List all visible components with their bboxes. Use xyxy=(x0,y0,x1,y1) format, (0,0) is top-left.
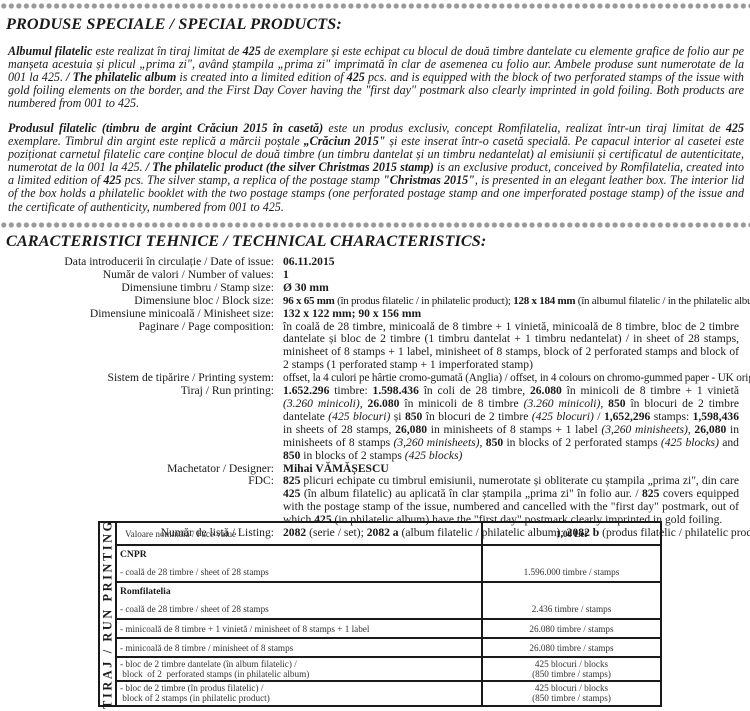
table-row: - minicoală de 8 timbre + 1 vinietă / mi… xyxy=(117,620,660,639)
album-paragraph: Albumul filatelic este realizat în tiraj… xyxy=(8,45,744,110)
block-size-note: (în albumul filatelic / in the philateli… xyxy=(575,295,750,307)
spec-value: Ø 30 mm xyxy=(283,282,739,295)
spec-value: în coală de 28 timbre, minicoală de 8 ti… xyxy=(283,321,739,373)
text-fragment: și xyxy=(390,410,405,423)
run-printing-table: TIRAJ / RUN PRINTING Valoare nominală / … xyxy=(98,521,662,707)
group-desc: - coală de 28 timbre / sheet of 28 stamp… xyxy=(120,567,269,577)
table-row: - bloc de 2 timbre dantelate (în album f… xyxy=(117,658,660,682)
text-fragment: and xyxy=(719,436,739,449)
spec-label: Dimensiune minicoală / Minisheet size: xyxy=(0,308,283,321)
text-fragment: 425 blocuri / blocks xyxy=(483,659,660,669)
row-description: - minicoală de 8 timbre + 1 vinietă / mi… xyxy=(117,620,483,637)
album-count: 425 xyxy=(243,44,261,58)
row-quantity: 425 blocuri / blocks(850 timbre / stamps… xyxy=(483,658,660,680)
table-row-face-value: Valoare nominală / Face value 1,00 Lei xyxy=(117,523,660,546)
stamp-size-value: Ø 30 mm xyxy=(283,281,329,294)
album-text: is created into a limited edition of xyxy=(176,70,346,84)
spec-label: FDC: xyxy=(0,475,283,527)
album-count: 425 xyxy=(347,70,365,84)
text-fragment: 825 xyxy=(642,487,659,500)
text-fragment: 1,598,436 xyxy=(693,410,739,423)
text-fragment: 850 xyxy=(405,410,422,423)
dotted-divider-top xyxy=(0,2,750,10)
group-qty: 2.436 timbre / stamps xyxy=(483,604,660,614)
silver-text: pcs. The silver stamp, a replica of the … xyxy=(121,173,383,187)
row-qty-text: 425 blocuri / blocks(850 timbre / stamps… xyxy=(483,659,660,679)
block-size-value: 96 x 65 mm xyxy=(283,295,335,307)
text-fragment: - bloc de 2 timbre (în produs filatelic)… xyxy=(120,683,270,693)
text-fragment: in blocks of 2 stamps xyxy=(300,449,404,462)
dotted-divider-middle xyxy=(0,221,750,229)
spec-label: Dimensiune timbru / Stamp size: xyxy=(0,282,283,295)
silver-count: 425 xyxy=(726,121,744,135)
block-size-value: 128 x 184 mm xyxy=(513,295,575,307)
text-fragment: (425 blocks) xyxy=(405,449,463,462)
block-size-note: (în produs filatelic / in philatelic pro… xyxy=(335,295,514,307)
text-fragment: 425 blocuri / blocks xyxy=(483,683,660,693)
text-fragment: 850 xyxy=(486,436,503,449)
spec-label: Data introducerii în circulație / Date o… xyxy=(0,256,283,269)
text-fragment: - bloc de 2 timbre dantelate (în album f… xyxy=(120,659,309,669)
spec-label: Tiraj / Run printing: xyxy=(0,385,283,462)
silver-stamp-name: „Crăciun 2015" xyxy=(304,134,386,148)
text-fragment: in sheets of 28 stamps, xyxy=(283,423,395,436)
technical-heading: CARACTERISTICI TEHNICE / TECHNICAL CHARA… xyxy=(6,232,486,251)
spec-label: Paginare / Page composition: xyxy=(0,321,283,373)
row-desc-text: - bloc de 2 timbre dantelate (în album f… xyxy=(120,659,309,679)
text-fragment: timbre: xyxy=(329,384,372,397)
text-fragment: (3,260 minisheets), xyxy=(393,436,482,449)
spec-value: 06.11.2015 xyxy=(283,256,739,269)
text-fragment: 26,080 xyxy=(395,423,427,436)
text-fragment: stamps: xyxy=(650,410,692,423)
spec-stamp-size: Dimensiune timbru / Stamp size: Ø 30 mm xyxy=(0,282,750,295)
spec-date: Data introducerii în circulație / Date o… xyxy=(0,256,750,269)
face-value: 1,00 Lei xyxy=(483,529,660,539)
row-description: Romfilatelia- coală de 28 timbre / sheet… xyxy=(117,583,483,618)
text-fragment: 850 xyxy=(608,397,625,410)
text-fragment: în coli de 28 timbre, xyxy=(419,384,530,397)
designer-name: Mihai VĂMĂȘESCU xyxy=(283,462,389,475)
text-fragment: 825 xyxy=(283,474,300,487)
text-fragment: 26.080 xyxy=(530,384,562,397)
text-fragment: plicuri echipate cu timbrul emisiunii, n… xyxy=(300,474,739,487)
group-qty: 1.596.000 timbre / stamps xyxy=(483,567,660,577)
table-row-romfilatelia: Romfilatelia- coală de 28 timbre / sheet… xyxy=(117,583,660,620)
text-fragment: 425 xyxy=(283,487,300,500)
spec-run-printing: Tiraj / Run printing: 1.652.296 timbre: … xyxy=(0,385,750,462)
row-description: - bloc de 2 timbre (în produs filatelic)… xyxy=(117,682,483,705)
spec-label: Dimensiune bloc / Block size: xyxy=(0,295,283,308)
spec-label: Număr de valori / Number of values: xyxy=(0,269,283,282)
run-rows: Valoare nominală / Face value 1,00 Lei C… xyxy=(117,523,660,705)
row-qty-text: 425 blocuri / blocks(850 timbre / stamps… xyxy=(483,683,660,703)
text-fragment: 26.080 xyxy=(368,397,400,410)
text-fragment: (850 timbre / stamps) xyxy=(483,693,660,703)
group-desc: - coală de 28 timbre / sheet of 28 stamp… xyxy=(120,604,269,614)
table-row: - bloc de 2 timbre (în produs filatelic)… xyxy=(117,682,660,705)
row-qty-text: 26.080 timbre / stamps xyxy=(483,643,660,653)
values-value: 1 xyxy=(283,268,289,281)
text-fragment: block of 2 stamps (in philatelic product… xyxy=(120,693,270,703)
row-quantity: 1.596.000 timbre / stamps xyxy=(483,546,660,581)
text-fragment: (3,260 minisheets) xyxy=(601,423,687,436)
minisheet-size-value: 132 x 122 mm; 90 x 156 mm xyxy=(283,307,421,320)
row-quantity: 2.436 timbre / stamps xyxy=(483,583,660,618)
table-row: - minicoală de 8 timbre / minisheet of 8… xyxy=(117,639,660,658)
row-desc-text: - minicoală de 8 timbre + 1 vinietă / mi… xyxy=(120,624,369,634)
silver-text: exemplare. Timbrul din argint este repli… xyxy=(8,134,304,148)
text-fragment: (3.260 minicoli), xyxy=(524,397,604,410)
text-fragment: 1.652.296 xyxy=(283,384,329,397)
row-description: - bloc de 2 timbre dantelate (în album f… xyxy=(117,658,483,680)
text-fragment: 1,652,296 xyxy=(604,410,650,423)
silver-count: 425 xyxy=(103,173,121,187)
text-fragment: block of 2 perforated stamps (in philate… xyxy=(120,669,309,679)
text-fragment: în minicoli de 8 timbre + 1 vinietă xyxy=(562,384,739,397)
silver-stamp-name: "Christmas 2015" xyxy=(383,173,475,187)
silver-stamp-paragraph: Produsul filatelic (timbru de argint Cră… xyxy=(8,122,744,214)
run-printing-side-label: TIRAJ / RUN PRINTING xyxy=(100,523,117,705)
text-fragment: în minicoli de 8 timbre xyxy=(399,397,523,410)
text-fragment: in blocks of 2 perforated stamps xyxy=(503,436,661,449)
text-fragment: (3.260 minicoli), xyxy=(283,397,363,410)
side-label-text: TIRAJ / RUN PRINTING xyxy=(100,519,115,709)
special-products-heading: PRODUSE SPECIALE / SPECIAL PRODUCTS: xyxy=(6,15,342,34)
spec-value: 1 xyxy=(283,269,739,282)
group-name: CNPR xyxy=(120,550,147,560)
text-fragment: în blocuri de 2 timbre xyxy=(422,410,531,423)
row-desc-text: - minicoală de 8 timbre / minisheet of 8… xyxy=(120,643,293,653)
spec-value: 825 plicuri echipate cu timbrul emisiuni… xyxy=(283,475,739,527)
text-fragment: 850 xyxy=(283,449,300,462)
spec-values: Număr de valori / Number of values: 1 xyxy=(0,269,750,282)
face-value-label: Valoare nominală / Face value xyxy=(125,529,236,539)
text-fragment: (425 blocks) xyxy=(661,436,719,449)
silver-title-en: The philatelic product (the silver Chris… xyxy=(152,160,433,174)
text-fragment: (850 timbre / stamps) xyxy=(483,669,660,679)
text-fragment: 1.598.436 xyxy=(373,384,419,397)
text-fragment: (425 blocuri) xyxy=(328,410,390,423)
text-fragment: 26,080 xyxy=(694,423,726,436)
row-quantity: 26.080 timbre / stamps xyxy=(483,639,660,656)
row-qty-text: 26.080 timbre / stamps xyxy=(483,624,660,634)
spec-minisheet-size: Dimensiune minicoală / Minisheet size: 1… xyxy=(0,308,750,321)
row-quantity: 1,00 Lei xyxy=(483,523,660,544)
text-fragment: (în album filatelic) au aplicată în clar… xyxy=(300,487,642,500)
text-fragment: / xyxy=(594,410,604,423)
date-value: 06.11.2015 xyxy=(283,255,335,268)
row-description: Valoare nominală / Face value xyxy=(117,523,483,544)
album-title-ro: Albumul filatelic xyxy=(8,44,92,58)
spec-label: Machetator / Designer: xyxy=(0,463,283,476)
table-row-cnpr: CNPR- coală de 28 timbre / sheet of 28 s… xyxy=(117,546,660,583)
album-text: este realizat în tiraj limitat de xyxy=(92,44,242,58)
technical-specs: Data introducerii în circulație / Date o… xyxy=(0,256,750,540)
spec-page-composition: Paginare / Page composition: în coală de… xyxy=(0,321,750,373)
group-name: Romfilatelia xyxy=(120,587,171,597)
row-desc-text: - bloc de 2 timbre (în produs filatelic)… xyxy=(120,683,270,703)
row-quantity: 26.080 timbre / stamps xyxy=(483,620,660,637)
row-quantity: 425 blocuri / blocks(850 timbre / stamps… xyxy=(483,682,660,705)
spec-value: 1.652.296 timbre: 1.598.436 în coli de 2… xyxy=(283,385,739,462)
text-fragment: (425 blocuri) xyxy=(532,410,594,423)
row-description: CNPR- coală de 28 timbre / sheet of 28 s… xyxy=(117,546,483,581)
text-fragment: in minisheets of 8 stamps + 1 label xyxy=(427,423,601,436)
silver-title-ro: Produsul filatelic (timbru de argint Cră… xyxy=(8,121,323,135)
spec-value: 132 x 122 mm; 90 x 156 mm xyxy=(283,308,739,321)
silver-text: este un produs exclusiv, concept Romfila… xyxy=(323,121,726,135)
row-description: - minicoală de 8 timbre / minisheet of 8… xyxy=(117,639,483,656)
album-title-en: The philatelic album xyxy=(73,70,177,84)
